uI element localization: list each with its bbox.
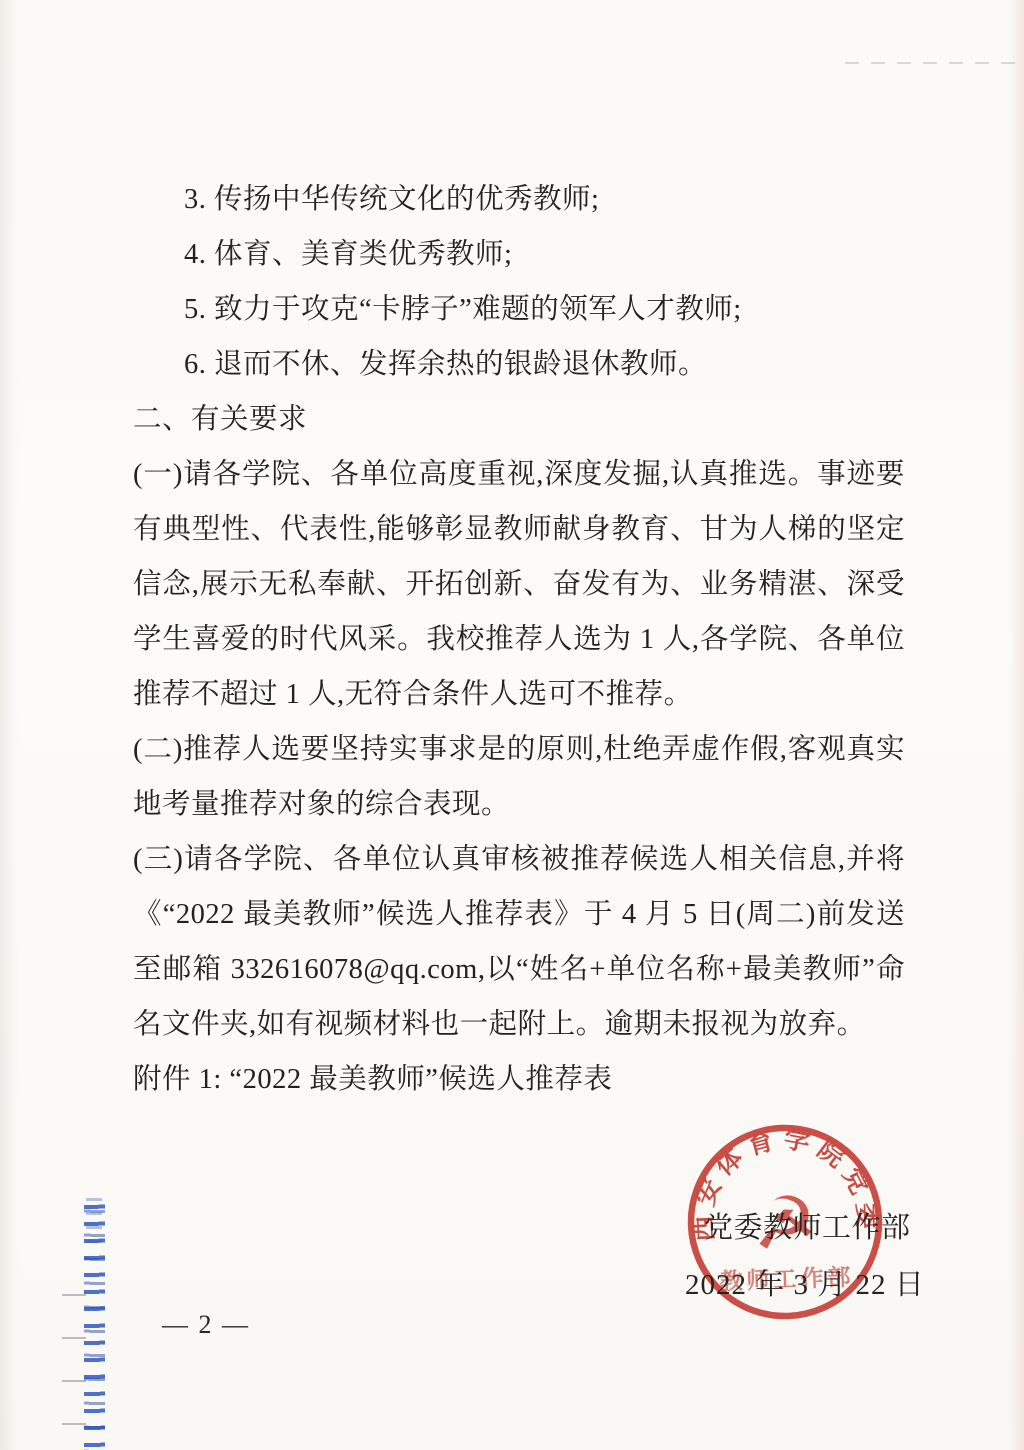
list-item-3: 3. 传扬中华传统文化的优秀教师; — [133, 172, 905, 227]
list-item-4: 4. 体育、美育类优秀教师; — [133, 227, 905, 282]
signature-department: 党委教师工作部 — [704, 1205, 911, 1246]
paragraph-requirement-3: (三)请各学院、各单位认真审核被推荐候选人相关信息,并将《“2022 最美教师”… — [133, 832, 905, 1052]
list-item-6: 6. 退而不休、发挥余热的银龄退休教师。 — [133, 337, 905, 392]
list-item-5: 5. 致力于攻克“卡脖子”难题的领军人才教师; — [133, 282, 905, 337]
signature-date: 2022 年 3 月 22 日 — [685, 1262, 925, 1303]
scan-artifact-top — [845, 62, 1015, 64]
document-body: 3. 传扬中华传统文化的优秀教师; 4. 体育、美育类优秀教师; 5. 致力于攻… — [133, 172, 905, 1107]
paragraph-requirement-2: (二)推荐人选要坚持实事求是的原则,杜绝弄虚作假,客观真实地考量推荐对象的综合表… — [133, 722, 905, 832]
page-number: — 2 — — [162, 1310, 250, 1340]
scanned-document-page: 3. 传扬中华传统文化的优秀教师; 4. 体育、美育类优秀教师; 5. 致力于攻… — [0, 0, 1024, 1450]
section-heading: 二、有关要求 — [133, 392, 905, 447]
paragraph-requirement-1: (一)请各学院、各单位高度重视,深度发掘,认真推选。事迹要有典型性、代表性,能够… — [133, 447, 905, 722]
binding-ink-marks-faint — [62, 1270, 86, 1450]
attachment-line: 附件 1: “2022 最美教师”候选人推荐表 — [133, 1052, 905, 1107]
binding-ink-marks-top — [86, 1198, 102, 1246]
